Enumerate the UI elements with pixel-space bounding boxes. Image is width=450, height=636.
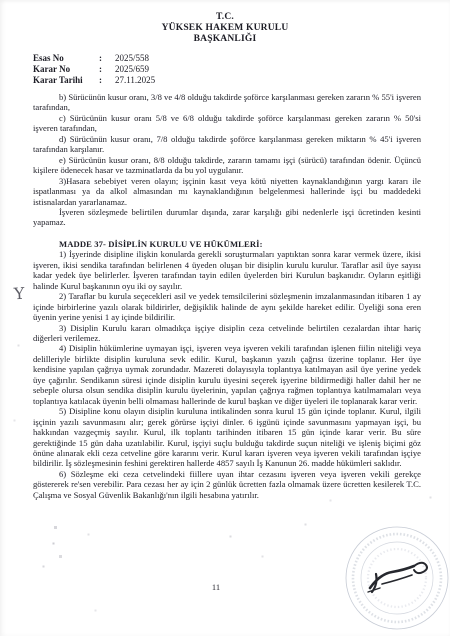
case-info-block: Esas No:2025/558 Karar No:2025/659 Karar… [33,53,155,86]
header-unit: BAŞKANLIĞI [0,34,450,45]
meta-label: Esas No [33,53,99,64]
body-paragraph: İşveren sözleşmede belirtilen durumlar d… [33,207,421,228]
header-institution: YÜKSEK HAKEM KURULU [0,23,450,34]
header-republic: T.C. [0,12,450,23]
body-paragraph: c) Sürücünün kusur oranı 5/8 ve 6/8 oldu… [33,113,421,134]
meta-label: Karar No [33,64,99,75]
meta-value: 27.11.2025 [115,75,155,86]
scanned-document-page: T.C. YÜKSEK HAKEM KURULU BAŞKANLIĞI Esas… [0,0,450,636]
body-paragraph: b) Sürücünün kusur oranı, 3/8 ve 4/8 old… [33,92,421,113]
meta-label: Karar Tarihi [33,75,99,86]
meta-separator: : [99,75,115,86]
body-paragraph: 4) Disiplin hükümlerine uymayan işçi, iş… [33,343,421,406]
page-number: 11 [0,582,432,592]
document-header: T.C. YÜKSEK HAKEM KURULU BAŞKANLIĞI [0,12,450,45]
meta-value: 2025/659 [115,64,149,75]
case-meta-row-karar: Karar No:2025/659 [33,64,155,75]
case-meta-row-tarih: Karar Tarihi:27.11.2025 [33,75,155,86]
meta-separator: : [99,64,115,75]
body-paragraph: d) Sürücünün kusur oranı, 7/8 olduğu tak… [33,134,421,155]
scan-noise-specks [0,0,1,1]
body-paragraph: 3) Disiplin Kurulu kararı olmadıkça işçi… [33,323,421,344]
body-paragraph: 2) Taraflar bu kurula seçecekleri asil v… [33,291,421,322]
handwritten-margin-mark: Y [13,284,25,304]
meta-separator: : [99,53,115,64]
body-paragraph: 1) İşyerinde disipline ilişkin konularda… [33,249,421,291]
body-paragraph: 6) Sözleşme eki ceza cetvelindeki fiille… [33,469,421,500]
stamp-rim [346,527,448,629]
case-meta-row-esas: Esas No:2025/558 [33,53,155,64]
official-stamp [340,522,450,634]
body-paragraph: 5) Disipline konu olayın disiplin kurulu… [33,406,421,469]
section-heading-madde-37: MADDE 37- DİSİPLİN KURULU VE HÜKÜMLERİ: [33,239,421,249]
body-paragraph: e) Sürücünün kusur oranı, 8/8 olduğu tak… [33,155,421,176]
meta-value: 2025/558 [115,53,149,64]
document-body: b) Sürücünün kusur oranı, 3/8 ve 4/8 old… [33,92,421,500]
body-paragraph: 3)Hasara sebebiyet veren olayın; işçinin… [33,176,421,207]
